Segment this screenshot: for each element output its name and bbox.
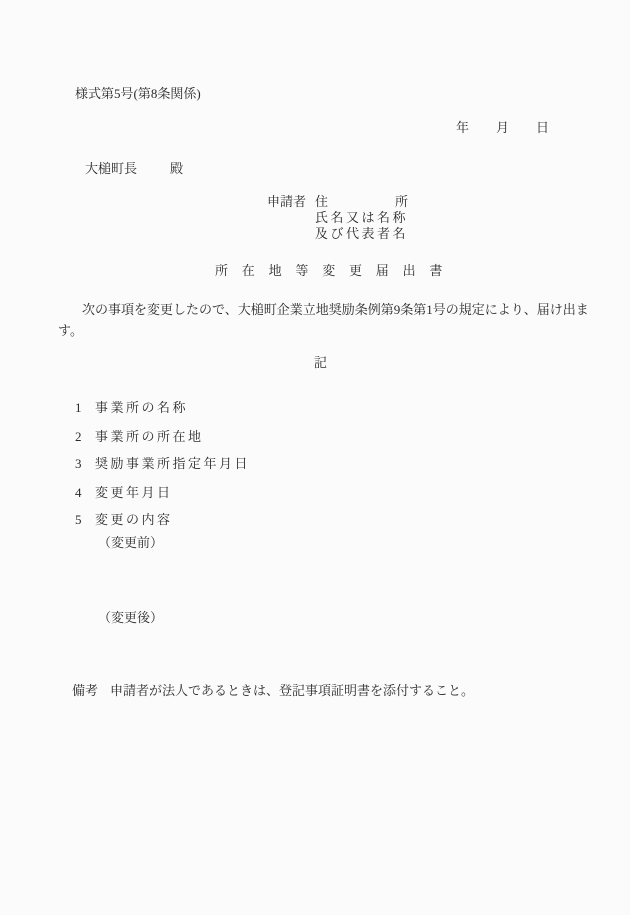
date-year-label: 年 xyxy=(456,120,469,135)
applicant-address-label: 住 所 xyxy=(315,195,408,211)
body-paragraph: 次の事項を変更したので、大槌町企業立地奨励条例第9条第1号の規定により、届け出ま… xyxy=(58,300,598,341)
applicant-name-label-line1: 氏名又は名称 xyxy=(315,211,408,227)
item-label: 事業所の名称 xyxy=(95,401,188,414)
date-line: 年月日 xyxy=(456,121,549,134)
form-number: 様式第5号(第8条関係) xyxy=(75,87,201,100)
remarks-text: 申請者が法人であるときは、登記事項証明書を添付すること。 xyxy=(110,683,474,698)
item-number: 2 xyxy=(75,430,82,443)
applicant-fields: 住 所 氏名又は名称 及び代表者名 xyxy=(315,195,408,243)
item-label: 奨励事業所指定年月日 xyxy=(95,457,250,470)
applicant-address-left: 住 xyxy=(315,195,328,211)
remarks: 備考申請者が法人であるときは、登記事項証明書を添付すること。 xyxy=(72,684,474,697)
change-before-label: （変更前） xyxy=(98,536,163,549)
date-day-label: 日 xyxy=(536,120,549,135)
change-after-label: （変更後） xyxy=(98,611,163,624)
document-title: 所 在 地 等 変 更 届 出 書 xyxy=(215,264,443,277)
addressee-name: 大槌町長 xyxy=(85,162,137,175)
document-page: 様式第5号(第8条関係) 年月日 大槌町長 殿 申請者 住 所 氏名又は名称 及… xyxy=(0,0,630,915)
item-number: 4 xyxy=(75,486,82,499)
item-number: 5 xyxy=(75,513,82,526)
item-label: 事業所の所在地 xyxy=(95,430,204,443)
record-marker: 記 xyxy=(314,356,327,369)
remarks-label: 備考 xyxy=(72,683,98,698)
applicant-name-label-line2: 及び代表者名 xyxy=(315,227,408,243)
applicant-address-right: 所 xyxy=(395,195,408,211)
applicant-label: 申請者 xyxy=(267,195,306,208)
item-number: 3 xyxy=(75,457,82,470)
item-label: 変更の内容 xyxy=(95,513,173,526)
item-label: 変更年月日 xyxy=(95,486,173,499)
date-month-label: 月 xyxy=(496,120,509,135)
item-number: 1 xyxy=(75,401,82,414)
addressee-honorific: 殿 xyxy=(170,162,183,175)
